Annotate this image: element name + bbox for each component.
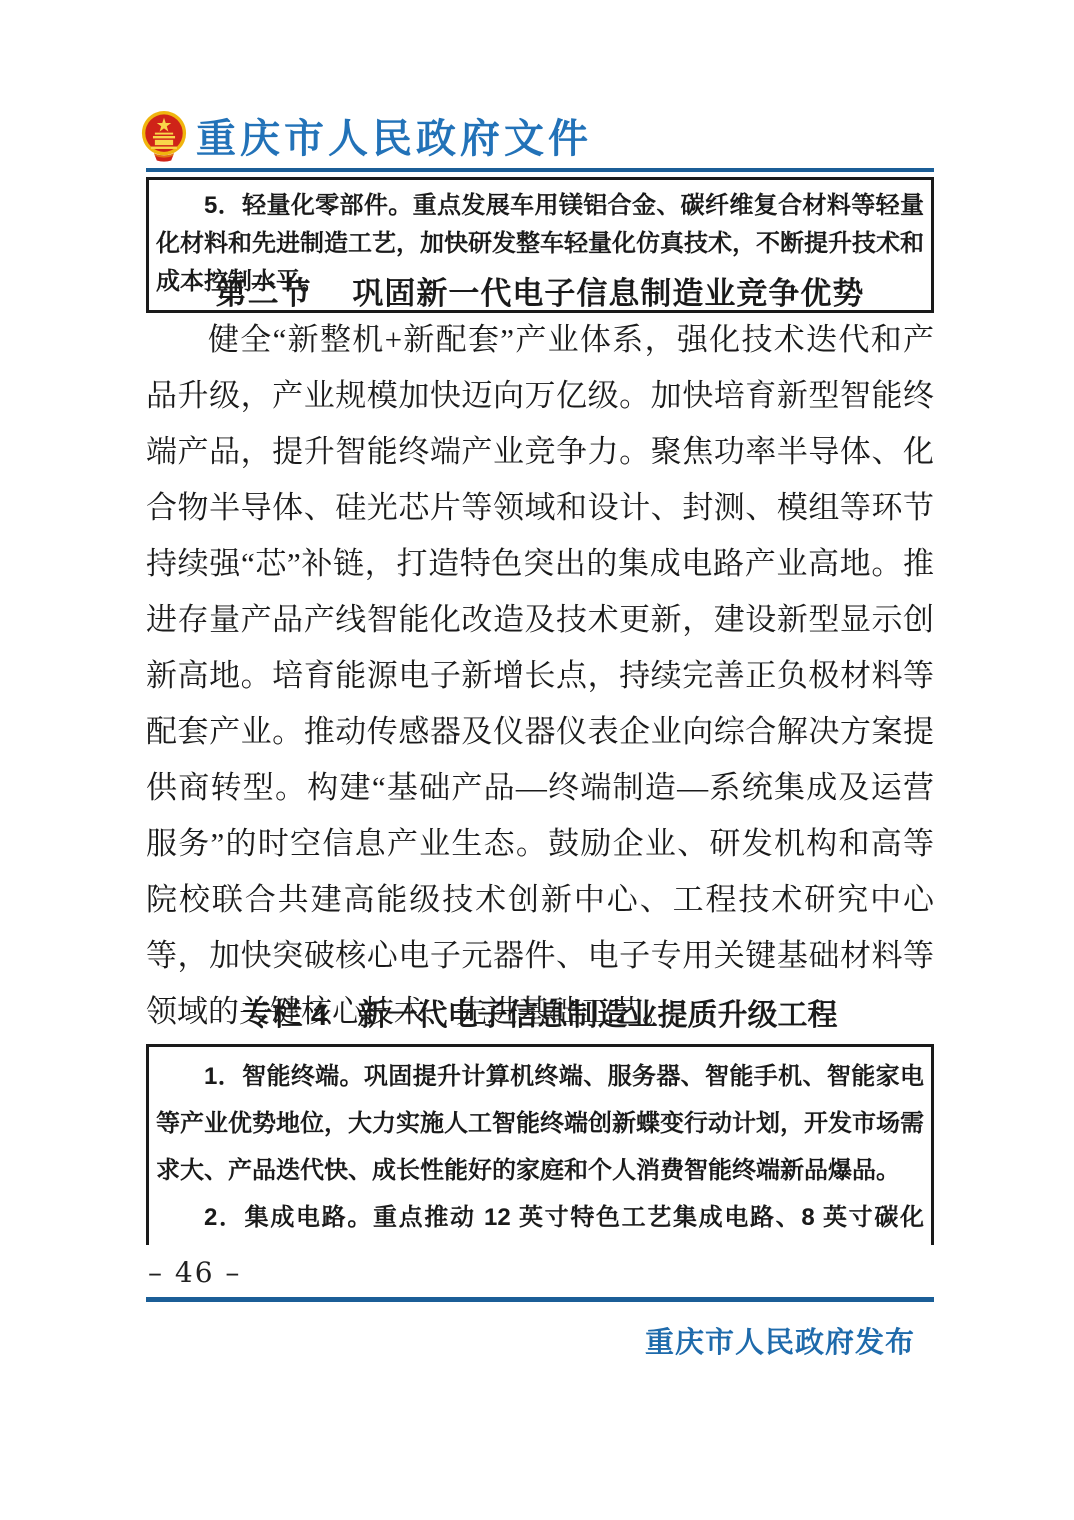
column-4-item-1: 1．智能终端。巩固提升计算机终端、服务器、智能手机、智能家电等产业优势地位，大力… <box>156 1053 924 1194</box>
page-number: – 46 – <box>148 1256 241 1289</box>
document-header: 重庆市人民政府文件 <box>140 110 592 167</box>
body-paragraph: 健全“新整机+新配套”产业体系，强化技术迭代和产品升级，产业规模加快迈向万亿级。… <box>146 312 934 1040</box>
document-page: 重庆市人民政府文件 5．轻量化零部件。重点发展车用镁铝合金、碳纤维复合材料等轻量… <box>0 0 1074 1520</box>
column-4-item-2: 2．集成电路。重点推动 12 英寸特色工艺集成电路、8 英寸碳化硅、硅基光电子等… <box>156 1194 924 1245</box>
document-header-title: 重庆市人民政府文件 <box>196 119 592 159</box>
column-4-box: 1．智能终端。巩固提升计算机终端、服务器、智能手机、智能家电等产业优势地位，大力… <box>146 1044 934 1245</box>
section-heading: 第二节 巩固新一代电子信息制造业竞争优势 <box>146 268 934 313</box>
national-emblem-icon <box>140 110 188 167</box>
footer-divider-rule <box>146 1297 934 1302</box>
column-4-heading: 专栏 4 新一代电子信息制造业提质升级工程 <box>146 990 934 1034</box>
header-divider-rule <box>146 168 934 172</box>
footer-publisher: 重庆市人民政府发布 <box>645 1320 915 1361</box>
